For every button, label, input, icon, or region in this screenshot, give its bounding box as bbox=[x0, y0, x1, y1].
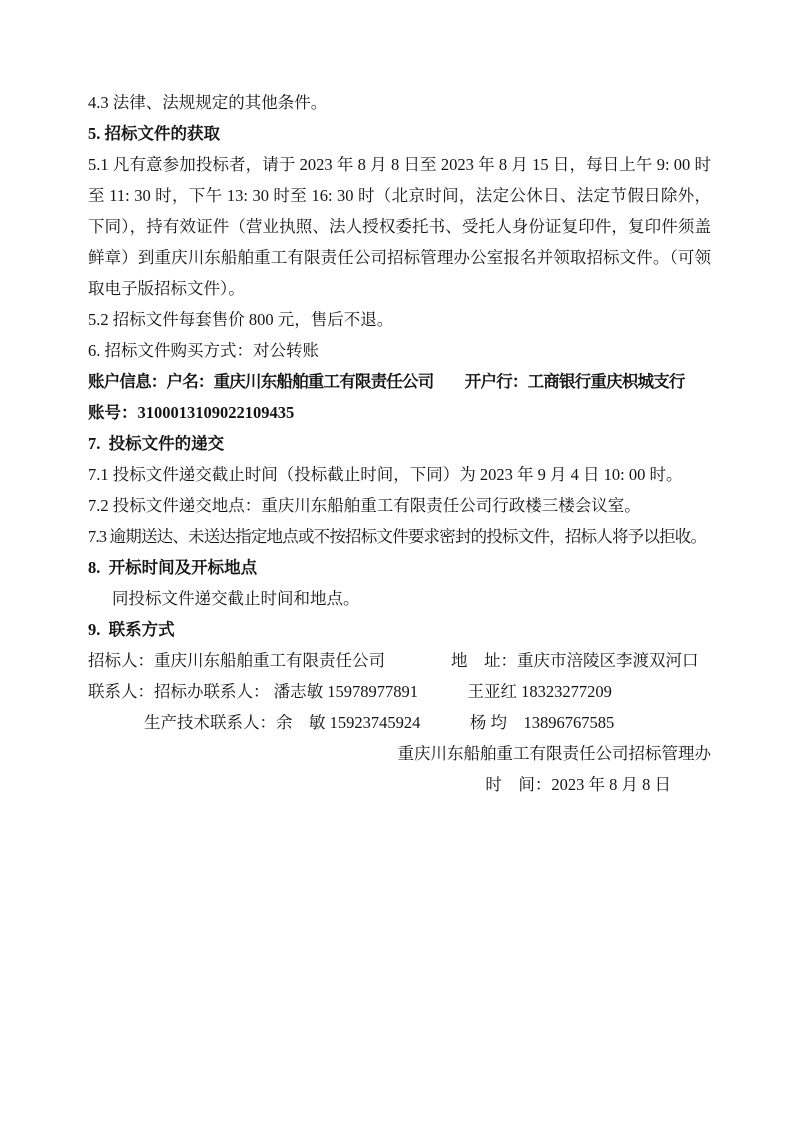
contacts-tender-office-line: 联系人：招标办联系人： 潘志敏 15978977891 王亚红 18323277… bbox=[88, 676, 711, 707]
signature-org-line: 重庆川东船舶重工有限责任公司招标管理办 bbox=[88, 738, 711, 769]
section-heading-5: 5. 招标文件的获取 bbox=[88, 118, 711, 149]
para-5-1: 5.1 凡有意参加投标者，请于 2023 年 8 月 8 日至 2023 年 8… bbox=[88, 149, 711, 304]
para-7-2: 7.2 投标文件递交地点：重庆川东船舶重工有限责任公司行政楼三楼会议室。 bbox=[88, 490, 711, 521]
tenderer-address-line: 招标人：重庆川东船舶重工有限责任公司 地 址：重庆市涪陵区李渡双河口 bbox=[88, 645, 711, 676]
section-heading-7: 7. 投标文件的递交 bbox=[88, 428, 711, 459]
account-info-line: 账户信息：户名：重庆川东船舶重工有限责任公司 开户行：工商银行重庆枳城支行 bbox=[88, 366, 711, 397]
para-5-2: 5.2 招标文件每套售价 800 元，售后不退。 bbox=[88, 304, 711, 335]
section-heading-8: 8. 开标时间及开标地点 bbox=[88, 552, 711, 583]
section-heading-9: 9. 联系方式 bbox=[88, 614, 711, 645]
contacts-production-line: 生产技术联系人：余 敏 15923745924 杨 均 13896767585 bbox=[88, 707, 711, 738]
para-7-1: 7.1 投标文件递交截止时间（投标截止时间，下同）为 2023 年 9 月 4 … bbox=[88, 459, 711, 490]
signature-date-line: 时 间：2023 年 8 月 8 日 bbox=[88, 769, 711, 800]
account-number-line: 账号：3100013109022109435 bbox=[88, 397, 711, 428]
document-page: 4.3 法律、法规规定的其他条件。 5. 招标文件的获取 5.1 凡有意参加投标… bbox=[0, 0, 793, 1122]
clause-4-3: 4.3 法律、法规规定的其他条件。 bbox=[88, 87, 711, 118]
para-8-body: 同投标文件递交截止时间和地点。 bbox=[88, 583, 711, 614]
para-6: 6. 招标文件购买方式：对公转账 bbox=[88, 335, 711, 366]
para-7-3: 7.3 逾期送达、未送达指定地点或不按招标文件要求密封的投标文件，招标人将予以拒… bbox=[88, 521, 711, 552]
